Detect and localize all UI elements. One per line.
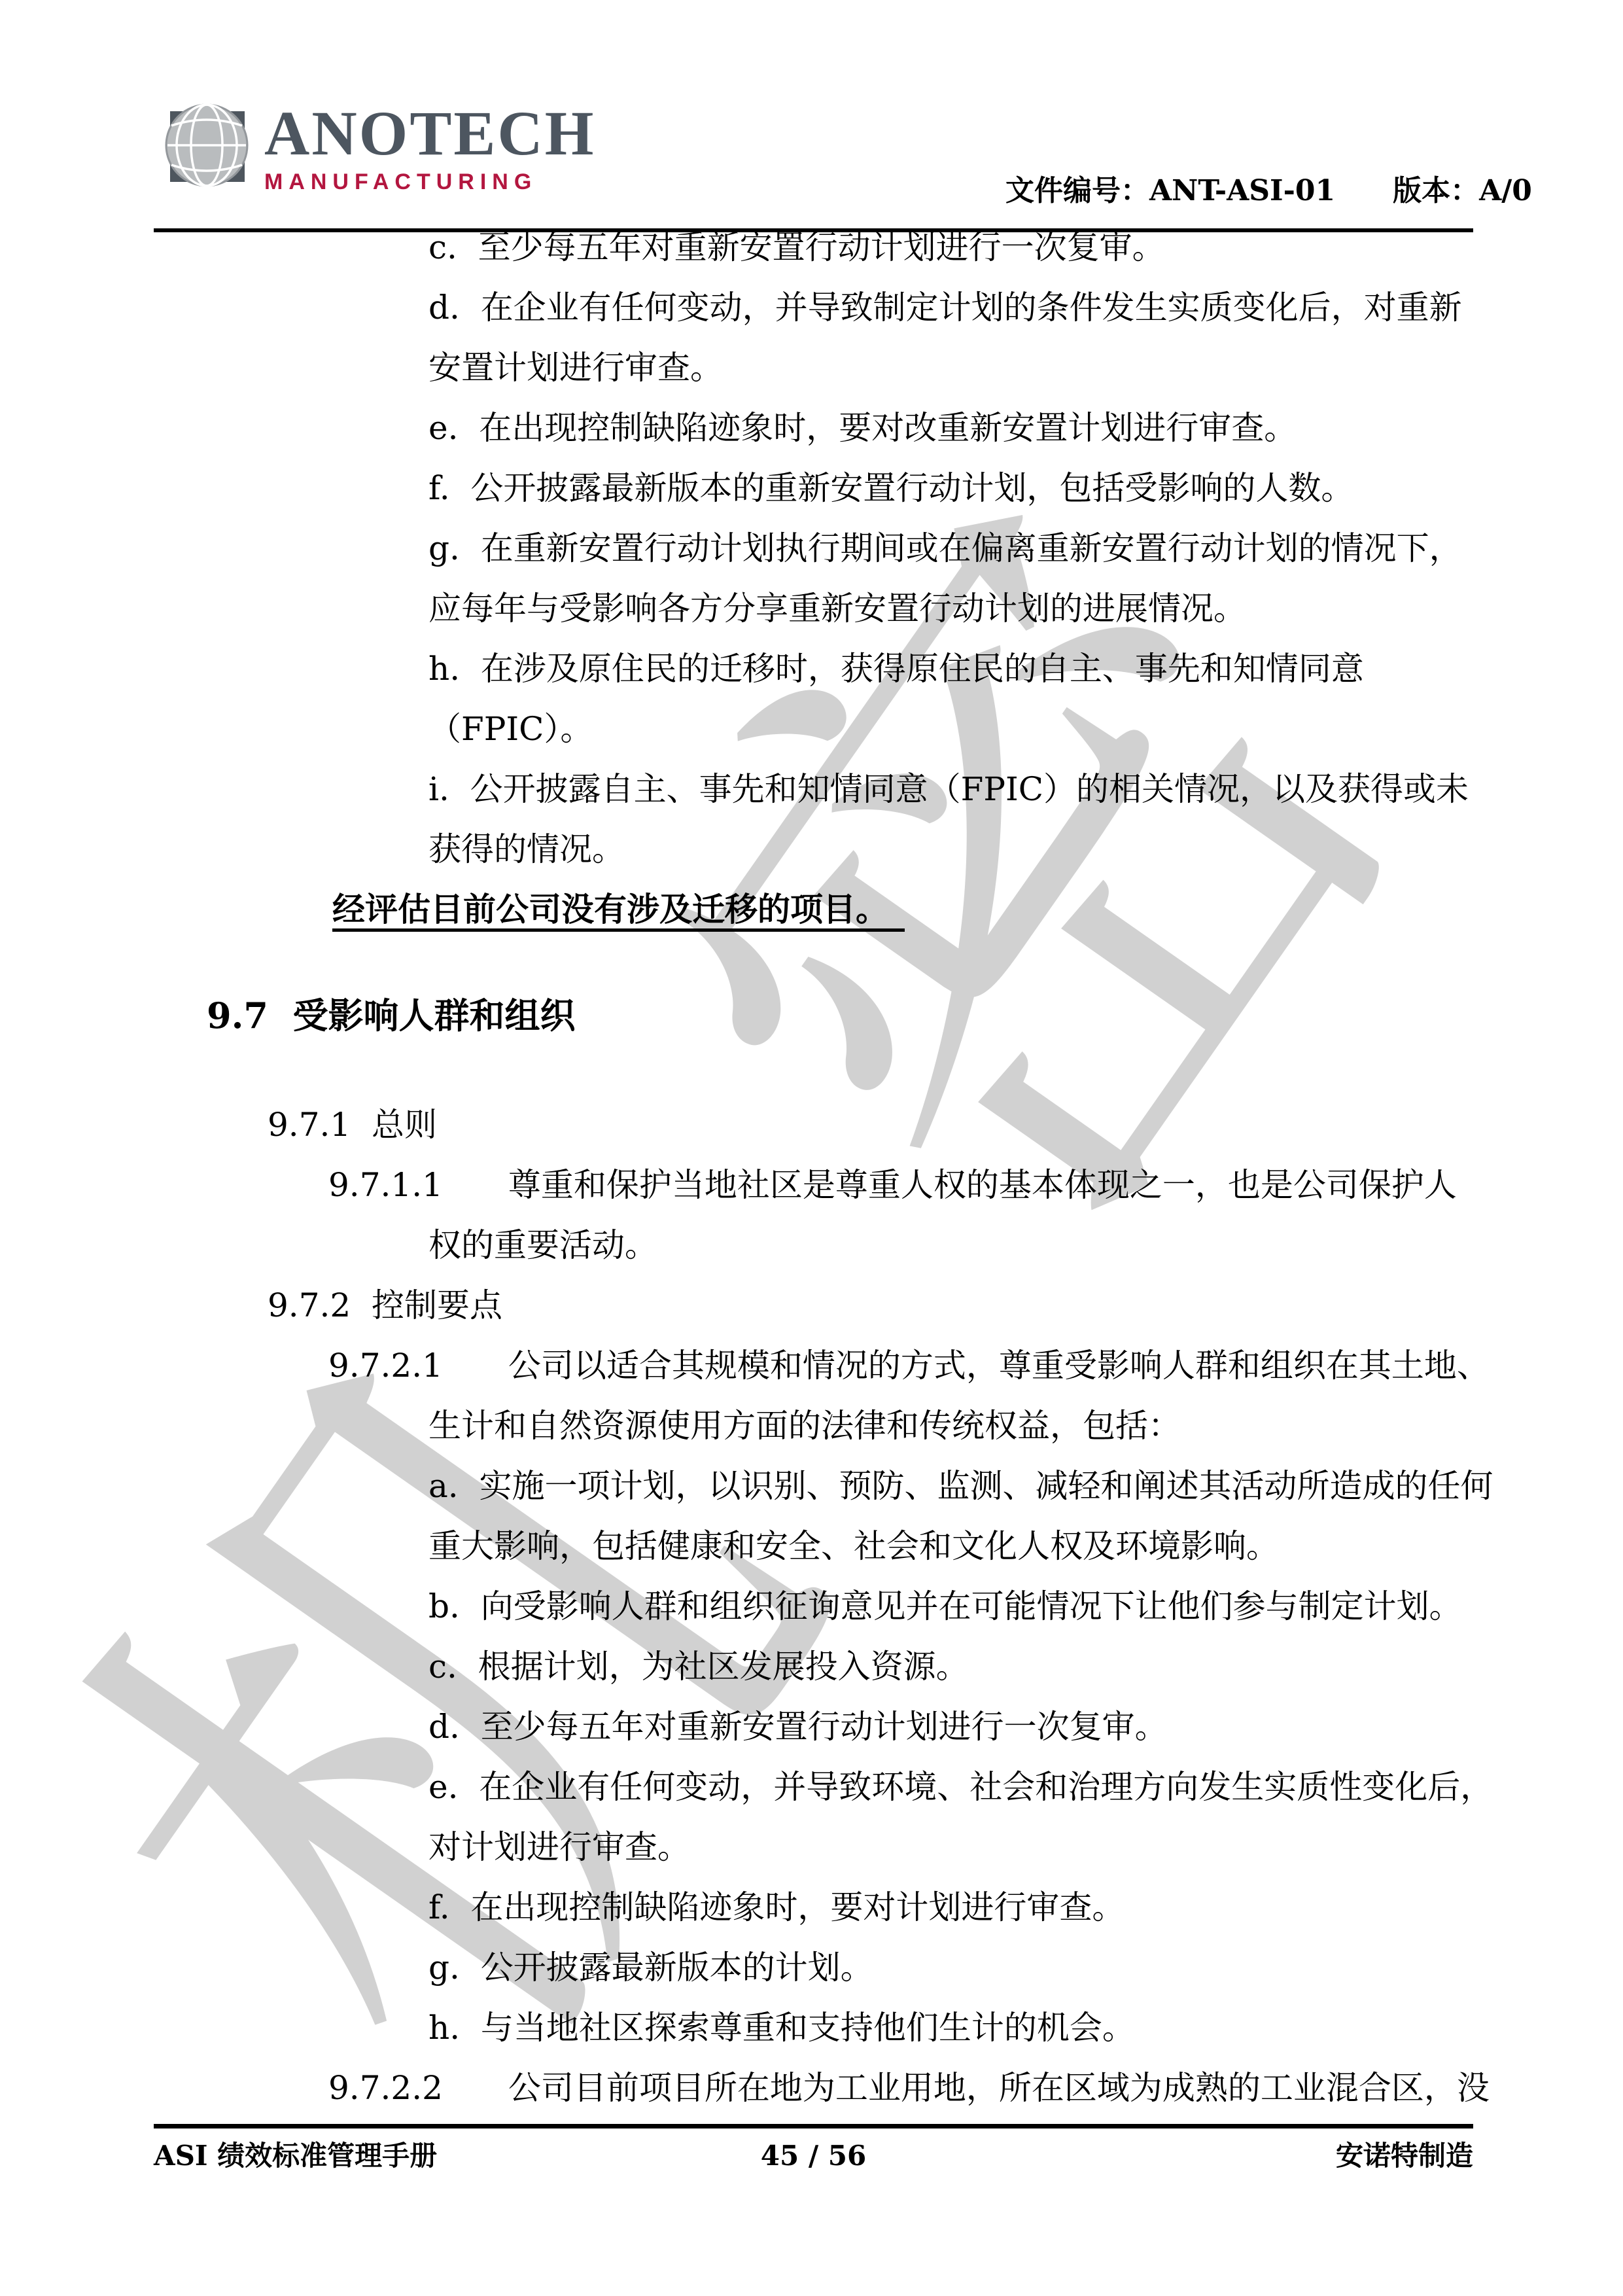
list-item-e2-cont: 对计划进行审查。: [428, 1817, 1501, 1877]
page-footer: ASI 绩效标准管理手册 45 / 56 安诺特制造: [154, 2134, 1473, 2174]
document-meta: 文件编号：ANT-ASI-01 版本：A/0: [1005, 167, 1532, 209]
clause-9-7-2-1-cont: 生计和自然资源使用方面的法律和传统权益，包括：: [428, 1396, 1501, 1456]
brand-subtitle: MANUFACTURING: [264, 169, 595, 195]
subsection-9-7-1: 9.7.1 总则: [268, 1095, 1501, 1155]
list-item-i-cont: 获得的情况。: [428, 819, 1501, 879]
list-item-d2: d. 至少每五年对重新安置行动计划进行一次复审。: [428, 1697, 1501, 1757]
clause-9-7-1-1: 9.7.1.1 尊重和保护当地社区是尊重人权的基本体现之一，也是公司保护人: [328, 1155, 1501, 1215]
list-item-h: h. 在涉及原住民的迁移时，获得原住民的自主、事先和知情同意: [428, 639, 1501, 699]
brand-name: ANOTECH: [264, 102, 595, 165]
list-item-h2: h. 与当地社区探索尊重和支持他们生计的机会。: [428, 1998, 1501, 2058]
list-item-a2-cont: 重大影响，包括健康和安全、社会和文化人权及环境影响。: [428, 1516, 1501, 1576]
list-item-e: e. 在出现控制缺陷迹象时，要对改重新安置计划进行审查。: [428, 398, 1501, 458]
list-item-b2: b. 向受影响人群和组织征询意见并在可能情况下让他们参与制定计划。: [428, 1576, 1501, 1636]
section-heading-9-7: 9.7 受影响人群和组织: [207, 985, 1501, 1046]
list-item-d: d. 在企业有任何变动，并导致制定计划的条件发生实质变化后，对重新: [428, 277, 1501, 338]
assessment-note: 经评估目前公司没有涉及迁移的项目。: [332, 879, 1501, 940]
clause-9-7-1-1-cont: 权的重要活动。: [428, 1215, 1501, 1275]
document-body: c. 至少每五年对重新安置行动计划进行一次复审。d. 在企业有任何变动，并导致制…: [154, 217, 1501, 2118]
footer-rule: [154, 2124, 1473, 2128]
list-item-g2: g. 公开披露最新版本的计划。: [428, 1937, 1501, 1998]
footer-manual-title: ASI 绩效标准管理手册: [154, 2134, 593, 2174]
list-item-f2: f. 在出现控制缺陷迹象时，要对计划进行审查。: [428, 1877, 1501, 1937]
company-logo: ANOTECH MANUFACTURING: [164, 98, 595, 195]
globe-icon: [164, 98, 250, 191]
document-page: 机密 ANOTECH MANUFACTURING 文件编号：ANT-ASI-01…: [0, 0, 1623, 2296]
footer-page-number: 45 / 56: [593, 2140, 1033, 2172]
list-item-g-cont: 应每年与受影响各方分享重新安置行动计划的进展情况。: [428, 578, 1501, 639]
list-item-e2: e. 在企业有任何变动，并导致环境、社会和治理方向发生实质性变化后，: [428, 1757, 1501, 1817]
list-item-c: c. 至少每五年对重新安置行动计划进行一次复审。: [428, 217, 1501, 277]
clause-9-7-2-2: 9.7.2.2 公司目前项目所在地为工业用地，所在区域为成熟的工业混合区，没: [328, 2058, 1501, 2118]
list-item-f: f. 公开披露最新版本的重新安置行动计划，包括受影响的人数。: [428, 458, 1501, 518]
list-item-a2: a. 实施一项计划，以识别、预防、监测、减轻和阐述其活动所造成的任何: [428, 1456, 1501, 1516]
list-item-c2: c. 根据计划，为社区发展投入资源。: [428, 1636, 1501, 1697]
list-item-g: g. 在重新安置行动计划执行期间或在偏离重新安置行动计划的情况下，: [428, 518, 1501, 578]
list-item-h-cont: （FPIC）。: [428, 699, 1501, 759]
clause-9-7-2-1: 9.7.2.1 公司以适合其规模和情况的方式，尊重受影响人群和组织在其土地、: [328, 1335, 1501, 1396]
footer-company-name: 安诺特制造: [1034, 2134, 1473, 2174]
list-item-i: i. 公开披露自主、事先和知情同意（FPIC）的相关情况，以及获得或未: [428, 759, 1501, 819]
header-rule: [154, 228, 1473, 232]
list-item-d-cont: 安置计划进行审查。: [428, 338, 1501, 398]
subsection-9-7-2: 9.7.2 控制要点: [268, 1275, 1501, 1335]
